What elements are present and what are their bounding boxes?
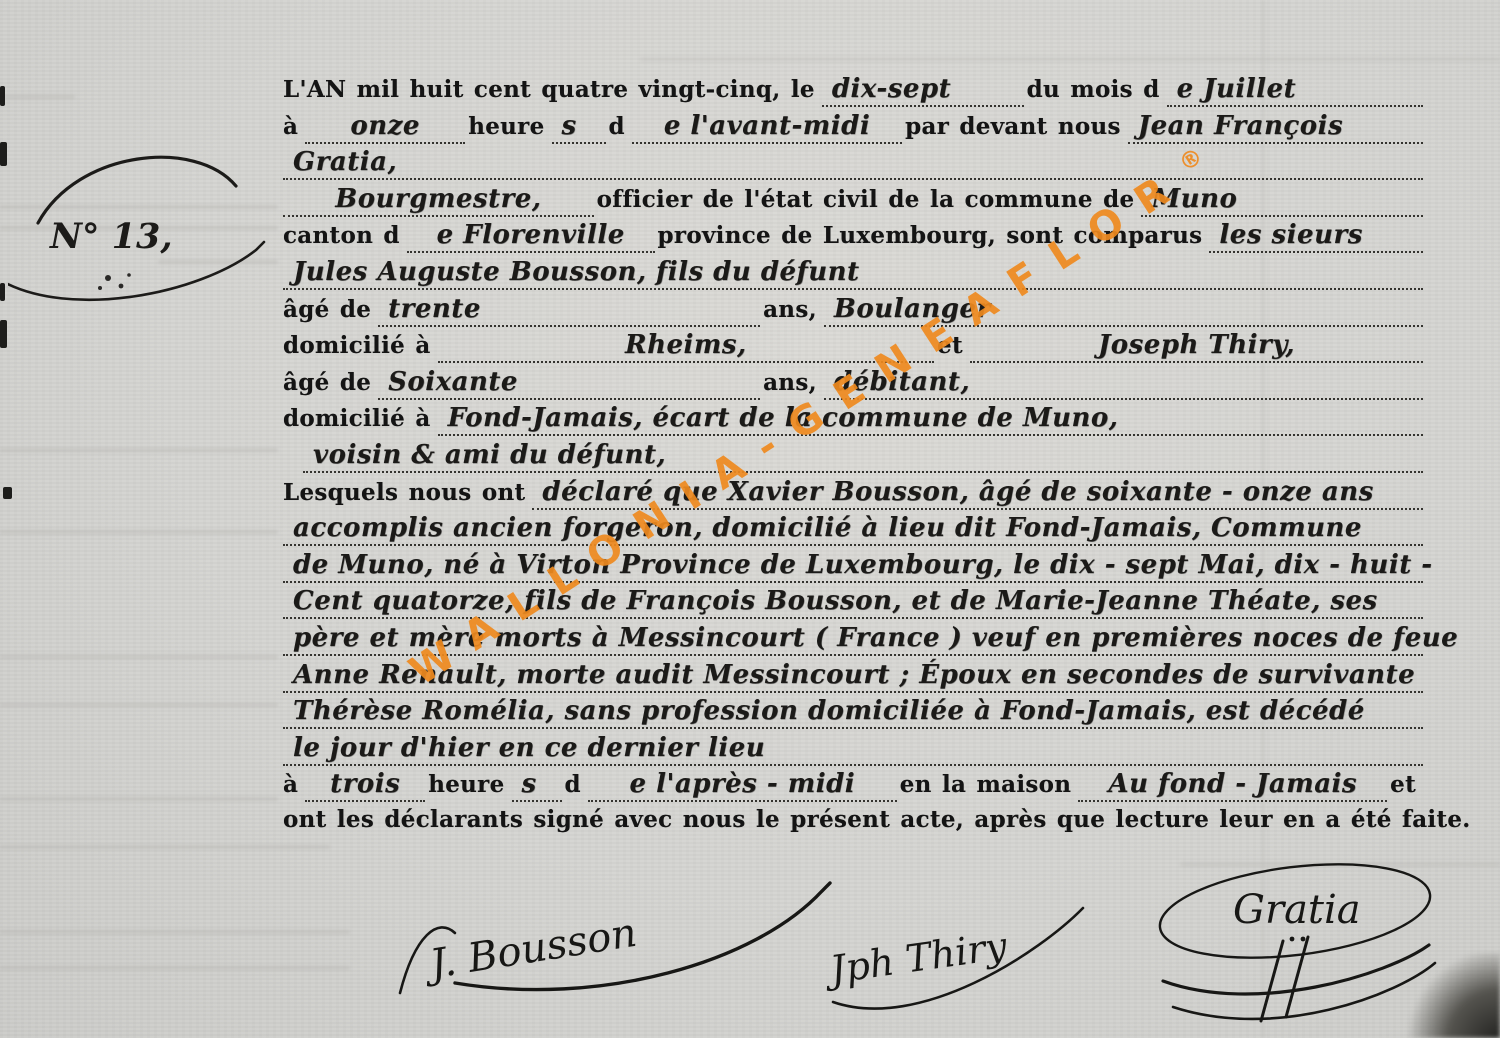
handwritten-entry: Jean François <box>1128 111 1423 144</box>
printed-label: domicilié à <box>283 332 431 359</box>
form-line-9: âgé deSoixanteans,débitant, <box>283 367 1423 404</box>
printed-label: en la maison <box>900 771 1072 798</box>
handwritten-entry: les sieurs <box>1209 220 1423 253</box>
handwritten-entry: dix-sept <box>822 74 1024 107</box>
ink-speck <box>127 273 131 277</box>
signature-thiry: Jph Thiry <box>795 880 1125 1038</box>
form-line-6: Jules Auguste Bousson, fils du défunt <box>283 257 1423 294</box>
act-number-note: N° 13, <box>8 128 278 318</box>
printed-label: ont les déclarants signé avec nous le pr… <box>283 806 1471 833</box>
handwritten-entry: Gratia, <box>283 147 1423 180</box>
bleedthrough-smudge <box>0 703 278 707</box>
handwritten-entry: Thérèse Romélia, sans profession domicil… <box>283 696 1423 729</box>
form-line-8: domicilié àRheims,etJoseph Thiry, <box>283 330 1423 367</box>
handwritten-entry: Jules Auguste Bousson, fils du défunt <box>283 257 1423 290</box>
signature-gratia: Gratia <box>1145 855 1445 1038</box>
printed-label: âgé de <box>283 369 371 396</box>
printed-label: d <box>609 113 625 140</box>
bleedthrough-smudge <box>0 530 278 534</box>
signature-paraph <box>1286 937 1308 1017</box>
printed-label: heure <box>428 771 504 798</box>
form-line-13: accomplis ancien forgeron, domicilié à l… <box>283 513 1423 550</box>
printed-label: domicilié à <box>283 405 431 432</box>
handwritten-entry: débitant, <box>824 367 1423 400</box>
printed-label: heure <box>468 113 544 140</box>
handwritten-entry: Joseph Thiry, <box>970 330 1423 363</box>
form-line-18: Thérèse Romélia, sans profession domicil… <box>283 696 1423 733</box>
handwritten-entry: onze <box>305 111 465 144</box>
form-line-1: L'AN mil huit cent quatre vingt-cinq, le… <box>283 74 1423 111</box>
printed-label: et <box>1390 771 1416 798</box>
bleedthrough-smudge <box>0 797 278 801</box>
ink-speck <box>98 286 102 290</box>
handwritten-entry: e l'avant-midi <box>632 111 902 144</box>
handwritten-entry: trois <box>305 769 425 802</box>
form-line-11: voisin & ami du défunt, <box>283 440 1423 477</box>
form-line-2: àonzeheuresde l'avant-midipar devant nou… <box>283 111 1423 148</box>
form-line-16: père et mère morts à Messincourt ( Franc… <box>283 623 1423 660</box>
form-line-5: canton de Florenvilleprovince de Luxembo… <box>283 220 1423 257</box>
printed-label: âgé de <box>283 296 371 323</box>
handwritten-entry: Cent quatorze, fils de François Bousson,… <box>283 586 1423 619</box>
handwritten-entry: voisin & ami du défunt, <box>303 440 1423 473</box>
printed-label: officier de l'état civil de la commune d… <box>597 186 1135 213</box>
ink-speck <box>1301 937 1306 942</box>
printed-label: d <box>565 771 581 798</box>
printed-label: et <box>937 332 963 359</box>
form-line-3: Gratia, <box>283 147 1423 184</box>
bleedthrough-smudge <box>0 95 75 99</box>
signature-paraph <box>1261 941 1283 1021</box>
bleedthrough-smudge <box>0 448 278 452</box>
handwritten-entry: déclaré que Xavier Bousson, âgé de soixa… <box>532 477 1423 510</box>
handwritten-entry: s <box>512 769 562 802</box>
signature-name: Gratia <box>1233 887 1361 933</box>
bleedthrough-smudge <box>0 845 330 849</box>
handwritten-entry: Boulanger <box>824 294 1423 327</box>
printed-label: par devant nous <box>905 113 1121 140</box>
printed-label: ans, <box>763 369 817 396</box>
handwritten-entry: s <box>552 111 606 144</box>
form-line-19: le jour d'hier en ce dernier lieu <box>283 733 1423 770</box>
handwritten-entry: Bourgmestre, <box>283 184 594 217</box>
form-line-4: Bourgmestre,officier de l'état civil de … <box>283 184 1423 221</box>
flourish-stroke <box>38 157 236 223</box>
scan-corner-shadow <box>1405 953 1500 1038</box>
ink-speck <box>1290 937 1295 942</box>
handwritten-entry: e Juillet <box>1167 74 1423 107</box>
handwritten-entry: père et mère morts à Messincourt ( Franc… <box>283 623 1423 656</box>
handwritten-entry: trente <box>378 294 760 327</box>
scan-artifact <box>3 487 12 499</box>
handwritten-entry: Anne Renault, morte audit Messincourt ; … <box>283 660 1423 693</box>
handwritten-entry: Au fond - Jamais <box>1078 769 1387 802</box>
handwritten-entry: e l'après - midi <box>588 769 897 802</box>
handwritten-entry: e Florenville <box>407 220 655 253</box>
handwritten-entry: de Muno, né à Virton Province de Luxembo… <box>283 550 1423 583</box>
ink-speck <box>105 275 111 281</box>
scan-artifact <box>0 86 5 106</box>
signature-name: Jph Thiry <box>820 924 1010 993</box>
scan-artifact <box>0 320 7 348</box>
handwritten-entry: Fond-Jamais, écart de la commune de Muno… <box>438 403 1423 436</box>
signature-name: J. Bousson <box>420 910 640 989</box>
handwritten-entry: accomplis ancien forgeron, domicilié à l… <box>283 513 1423 546</box>
form-line-7: âgé detrenteans,Boulanger <box>283 294 1423 331</box>
printed-label: canton d <box>283 222 400 249</box>
printed-label: ans, <box>763 296 817 323</box>
signature-block: J. Bousson Jph Thiry Gratia <box>0 855 1500 1038</box>
scan-artifact <box>0 142 7 166</box>
printed-label: province de Luxembourg, sont comparus <box>658 222 1203 249</box>
printed-label: à <box>283 113 298 140</box>
act-number: N° 13, <box>49 216 173 257</box>
form-line-14: de Muno, né à Virton Province de Luxembo… <box>283 550 1423 587</box>
form-line-17: Anne Renault, morte audit Messincourt ; … <box>283 660 1423 697</box>
printed-label: à <box>283 771 298 798</box>
handwritten-entry: Muno <box>1141 184 1423 217</box>
printed-label: Lesquels nous ont <box>283 479 525 506</box>
handwritten-entry: Soixante <box>378 367 760 400</box>
bleedthrough-smudge <box>640 57 1500 62</box>
form-line-10: domicilié àFond-Jamais, écart de la comm… <box>283 403 1423 440</box>
signature-bousson: J. Bousson <box>360 865 850 1030</box>
ink-speck <box>119 284 124 289</box>
death-record-scan: N° 13, L'AN mil huit cent quatre vingt-c… <box>0 0 1500 1038</box>
form-line-15: Cent quatorze, fils de François Bousson,… <box>283 586 1423 623</box>
form-line-12: Lesquels nous ontdéclaré que Xavier Bous… <box>283 477 1423 514</box>
printed-label: L'AN mil huit cent quatre vingt-cinq, le <box>283 76 815 103</box>
form-line-21: ont les déclarants signé avec nous le pr… <box>283 806 1423 843</box>
handwritten-entry: le jour d'hier en ce dernier lieu <box>283 733 1423 766</box>
bleedthrough-smudge <box>0 655 278 659</box>
handwritten-entry: Rheims, <box>438 330 934 363</box>
printed-label: du mois d <box>1027 76 1160 103</box>
form-lines: L'AN mil huit cent quatre vingt-cinq, le… <box>283 74 1423 842</box>
scan-artifact <box>0 283 5 301</box>
form-line-20: àtroisheuresde l'après - midien la maiso… <box>283 769 1423 806</box>
